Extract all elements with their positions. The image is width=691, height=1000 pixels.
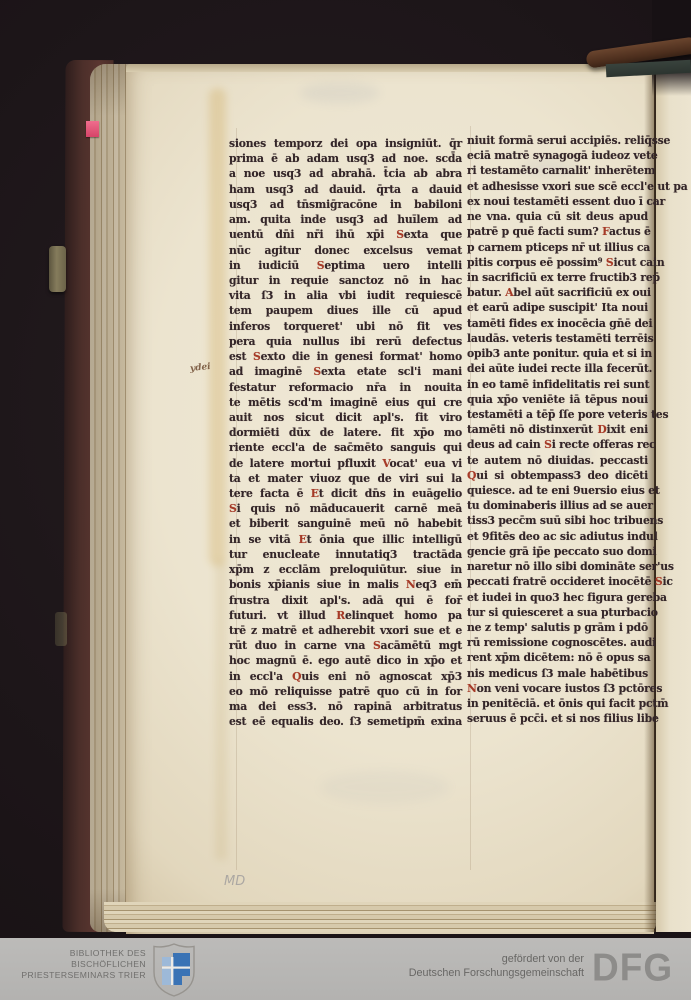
manuscript-text-line: niuit formā serui accipiēs. reliq̄sse	[467, 133, 648, 148]
rubric-initial: S	[606, 256, 614, 269]
manuscript-text-line: hoc magnū ē. ego autē dico in xp̄o et	[229, 653, 462, 668]
manuscript-text-line: deus ad cain Si recte offeras rec	[467, 437, 648, 452]
seminary-shield-logo	[152, 942, 196, 1000]
manuscript-text-line: am. quita inde usq3 ad huīlem ad	[229, 212, 462, 227]
manuscript-text-line: tu dominaberis illius ad se auer	[467, 498, 648, 513]
rubric-initial: Q	[467, 469, 476, 482]
rubric-initial: E	[299, 533, 307, 546]
manuscript-text-line: nūc agitur donec excelsus vemat	[229, 243, 462, 258]
book-clasp-lower	[55, 612, 67, 646]
manuscript-text-line: eo mō reliquisse patrē quo cū in for	[229, 684, 462, 699]
library-name: BIBLIOTHEK DES BISCHÖFLICHEN PRIESTERSEM…	[6, 948, 146, 981]
manuscript-text-line: laudās. veteris testamēti terrēis	[467, 331, 648, 346]
manuscript-text-line: frustra dixit apl's. adā qui ē for̄	[229, 593, 462, 608]
manuscript-text-line: nis medicus ſ3 male habētibus	[467, 666, 648, 681]
manuscript-text-line: ri testamēto carnalit' inherētem	[467, 163, 648, 178]
manuscript-text-line: naretur nō illo sibi domināte ser'us	[467, 559, 648, 574]
manuscript-text-line: et adhesisse vxori sue scē eccl'e ut pa	[467, 179, 648, 194]
manuscript-text-line: patrē p quē facti sum? Factus ē	[467, 224, 648, 239]
page-bottom-edges	[104, 902, 656, 932]
rubric-initial: D	[597, 423, 606, 436]
manuscript-text-line: pera quia nullus ibi rerū defectus	[229, 334, 462, 349]
digitized-manuscript-photo: siones temporz dei opa insigniūt. q̄rpri…	[0, 0, 691, 1000]
manuscript-text-line: et biberit sanguinē meū nō habebit	[229, 516, 462, 531]
rubric-initial: E	[311, 487, 319, 500]
manuscript-text-line: et iudei in quo3 hec figura gereba	[467, 590, 648, 605]
manuscript-text-line: te mētis scd'm imaginē eius qui cre	[229, 395, 462, 410]
manuscript-text-line: bonis xp̄ianis siue in malis Neq3 em̄	[229, 577, 462, 592]
manuscript-text-line: est eē equalis deo. ſ3 semetipm̄ exina	[229, 714, 462, 729]
attribution-banner: BIBLIOTHEK DES BISCHÖFLICHEN PRIESTERSEM…	[0, 938, 691, 1000]
text-column-right: niuit formā serui accipiēs. reliq̄sseeci…	[467, 133, 648, 727]
manuscript-text-line: in eo tamē infidelitatis rei sunt	[467, 377, 648, 392]
manuscript-text-line: uentū dn̄i nr̄i ihū xp̄i Sexta que	[229, 227, 462, 242]
rubric-initial: S	[229, 502, 237, 515]
manuscript-text-line: tiss3 pecc̄m suū sibi hoc tribuens	[467, 513, 648, 528]
manuscript-text-line: ad imaginē Sexta etate scl'i mani	[229, 364, 462, 379]
dfg-logo: DFG	[592, 943, 673, 993]
manuscript-text-line: tere facta ē Et dicit dn̄s in euāgelio	[229, 486, 462, 501]
rubric-initial: S	[396, 228, 404, 241]
rubric-initial: V	[382, 457, 389, 470]
rubric-initial: S	[313, 365, 321, 378]
manuscript-text-line: ma dei ess3. nō rapinā arbitratus	[229, 699, 462, 714]
manuscript-text-line: festatur reformacio nr̄a in nouita	[229, 380, 462, 395]
manuscript-text-line: quiesce. ad te eni 9uersio eius et	[467, 483, 648, 498]
manuscript-text-line: in se vitā Et ōnia que illic intelligū	[229, 532, 462, 547]
manuscript-text-line: ne vna. quia cū sit deus apud	[467, 209, 648, 224]
manuscript-text-line: ham usq3 ad dauid. q̄rta a dauid	[229, 182, 462, 197]
manuscript-text-line: gitur in requie sanctoz nō in hac	[229, 273, 462, 288]
rubric-initial: F	[602, 225, 609, 238]
manuscript-text-line: in sacrificiū ex terre fructib3 rep̄	[467, 270, 648, 285]
rubric-initial: Q	[292, 670, 301, 683]
manuscript-text-line: Si quis nō māducauerit carnē meā	[229, 501, 462, 516]
manuscript-text-line: in iudiciū Septima uero intelli	[229, 258, 462, 273]
manuscript-text-line: futuri. vt illud Relinquet homo pa	[229, 608, 462, 623]
manuscript-text-line: ne z temp' salutis p grām i pdō	[467, 620, 648, 635]
library-name-line: BISCHÖFLICHEN	[6, 959, 146, 970]
manuscript-text-line: usq3 ad tn̄smiḡracōne in babiloni	[229, 197, 462, 212]
manuscript-text-line: dei aūte iudei recte illa fecerūt.	[467, 361, 648, 376]
manuscript-text-line: te autem nō diuidas. peccasti	[467, 453, 648, 468]
manuscript-text-line: vita ſ3 in alia vbi iudit requiescē	[229, 288, 462, 303]
manuscript-text-line: de latere mortui pfluxit Vocat' eua vi	[229, 456, 462, 471]
manuscript-text-line: et 9fitēs deo ac sic adiutus indul	[467, 529, 648, 544]
manuscript-text-line: Non veni vocare iustos ſ3 pctōres	[467, 681, 648, 696]
manuscript-text-line: gencie grā ip̄e peccato suo domi	[467, 544, 648, 559]
manuscript-text-line: trē z matrē et adherebit vxori sue et e	[229, 623, 462, 638]
manuscript-text-line: ta et mater viuoz que de viri sui la	[229, 471, 462, 486]
manuscript-text-line: in penitēciā. et ōnis qui facit pctm̄	[467, 696, 648, 711]
manuscript-text-line: eciā matrē synagogā iudeoz vete	[467, 148, 648, 163]
manuscript-text-line: rūt duo in carne vna Sacāmētū mgt	[229, 638, 462, 653]
library-name-line: PRIESTERSEMINARS TRIER	[6, 970, 146, 981]
manuscript-text-line: a noe usq3 ad abrahā. t̄cia ab abra	[229, 166, 462, 181]
rubric-initial: N	[406, 578, 416, 591]
manuscript-text-line: prima ē ab adam usq3 ad noe. scd̄a	[229, 151, 462, 166]
manuscript-text-line: tem paupem diues ille cū apud	[229, 303, 462, 318]
rubric-initial: S	[373, 639, 381, 652]
manuscript-text-line: tur enucleate innutatiq3 tractāda	[229, 547, 462, 562]
manuscript-text-line: opib3 ante ponitur. quia et si in	[467, 346, 648, 361]
manuscript-text-line: tamēti nō distinxerūt Dixit eni	[467, 422, 648, 437]
manuscript-text-line: rū remissione cognoscētes. audi	[467, 635, 648, 650]
margin-stain	[209, 88, 226, 566]
library-name-line: BIBLIOTHEK DES	[6, 948, 146, 959]
manuscript-text-line: est Sexto die in genesi format' homo	[229, 349, 462, 364]
manuscript-text-line: et earū adipe suscipit' Ita noui	[467, 300, 648, 315]
manuscript-text-line: pitis corpus eē possim⁹ Sicut cain	[467, 255, 648, 270]
manuscript-text-line: tur si quiesceret a sua pturbacio	[467, 605, 648, 620]
manuscript-text-line: auit nos sicut dicit apl's. fit viro	[229, 410, 462, 425]
manuscript-text-line: dormiēti dūx de latere. fit xp̄o mo	[229, 425, 462, 440]
manuscript-text-line: xp̄m z ecclām preloquiūtur. siue in	[229, 562, 462, 577]
ink-bleedthrough	[300, 82, 380, 104]
manuscript-text-line: siones temporz dei opa insigniūt. q̄r	[229, 136, 462, 151]
rubric-initial: S	[253, 350, 261, 363]
manuscript-text-line: peccati fratrē occideret inocētē Sic	[467, 574, 648, 589]
pink-bookmark-sticker	[86, 121, 99, 137]
manuscript-text-line: rent xp̄m dicētem: nō ē opus sa	[467, 650, 648, 665]
manuscript-text-line: seruus ē pcc̄i. et si nos filius libe	[467, 711, 648, 726]
manuscript-text-line: in eccl'a Quis eni nō agnoscat xp̄3	[229, 669, 462, 684]
funding-credit: gefördert von der Deutschen Forschungsge…	[340, 953, 584, 980]
book-clasp	[49, 246, 66, 292]
shield-icon	[152, 942, 196, 998]
text-column-left: siones temporz dei opa insigniūt. q̄rpri…	[229, 136, 462, 730]
manuscript-text-line: tamēti fides ex inocēcia gn̄ē dei	[467, 316, 648, 331]
margin-stain-lower	[215, 560, 227, 860]
pencil-mark: MD	[224, 874, 245, 889]
manuscript-text-line: batur. Abel aūt sacrificiū ex oui	[467, 285, 648, 300]
funding-credit-line: Deutschen Forschungsgemeinschaft	[340, 967, 584, 981]
page-top-edge	[126, 64, 626, 72]
manuscript-text-line: riente eccl'a de sac̄mēto sanguis qui	[229, 440, 462, 455]
manuscript-text-line: quia xp̄o veniēte iā tēpus noui	[467, 392, 648, 407]
rubric-initial: R	[336, 609, 345, 622]
manuscript-text-line: ex noui testamēti essent duo ī car	[467, 194, 648, 209]
ink-bleedthrough	[320, 770, 450, 804]
manuscript-text-line: inferos torqueret' ubi nō fit ves	[229, 319, 462, 334]
manuscript-text-line: p carnem pticeps nr̄ ut illius ca	[467, 240, 648, 255]
rubric-initial: N	[467, 682, 477, 695]
funding-credit-line: gefördert von der	[340, 953, 584, 967]
rubric-initial: S	[544, 438, 552, 451]
manuscript-text-line: testamēti a tēp̄ ſſe pore veteris tes	[467, 407, 648, 422]
manuscript-text-line: Qui si obtempass3 deo dicēti	[467, 468, 648, 483]
